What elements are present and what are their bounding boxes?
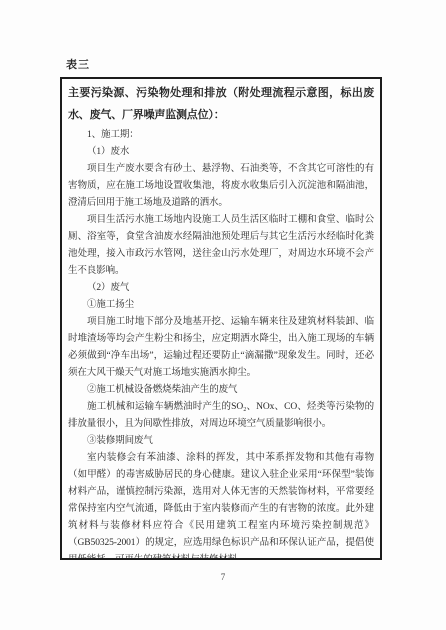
document-page: { "page": { "label": "表三", "page_number"… bbox=[0, 0, 446, 630]
table-label: 表三 bbox=[66, 56, 90, 72]
pollution-table: 主要污染源、污染物处理和排放（附处理流程示意图，标出废水、废气、厂界噪声监测点位… bbox=[60, 77, 382, 560]
paragraph: 项目施工时地下部分及地基开挖、运输车辆来往及建筑材料装卸、临时堆渣场等均会产生粉… bbox=[68, 314, 374, 382]
table-header: 主要污染源、污染物处理和排放（附处理流程示意图，标出废水、废气、厂界噪声监测点位… bbox=[68, 82, 374, 126]
table-body: 1、施工期：（1）废水项目生产废水要含有砂土、悬浮物、石油类等，不含其它可溶性的… bbox=[68, 127, 374, 560]
paragraph: ①施工扬尘 bbox=[68, 297, 374, 314]
paragraph: 施工机械和运输车辆燃油时产生的SO₂、NOx、CO、烃类等污染物的排放量很小，且… bbox=[68, 399, 374, 433]
paragraph: （2）废气 bbox=[68, 280, 374, 297]
paragraph: （1）废水 bbox=[68, 144, 374, 161]
page-number: 7 bbox=[0, 572, 446, 582]
paragraph: 项目生活污水施工场地内设施工人员生活区临时工棚和食堂、临时公厕、浴室等，食堂含油… bbox=[68, 212, 374, 280]
paragraph: ②施工机械设备燃烧柴油产生的废气 bbox=[68, 382, 374, 399]
paragraph: 室内装修会有苯油漆、涂料的挥发，其中苯系挥发物和其他有毒物（如甲醛）的毒害威胁居… bbox=[68, 450, 374, 560]
paragraph: 项目生产废水要含有砂土、悬浮物、石油类等，不含其它可溶性的有害物质，应在施工场地… bbox=[68, 161, 374, 212]
paragraph: 1、施工期： bbox=[68, 127, 374, 144]
paragraph: ③装修期间废气 bbox=[68, 433, 374, 450]
report-sheet: 表三 主要污染源、污染物处理和排放（附处理流程示意图，标出废水、废气、厂界噪声监… bbox=[0, 0, 446, 630]
